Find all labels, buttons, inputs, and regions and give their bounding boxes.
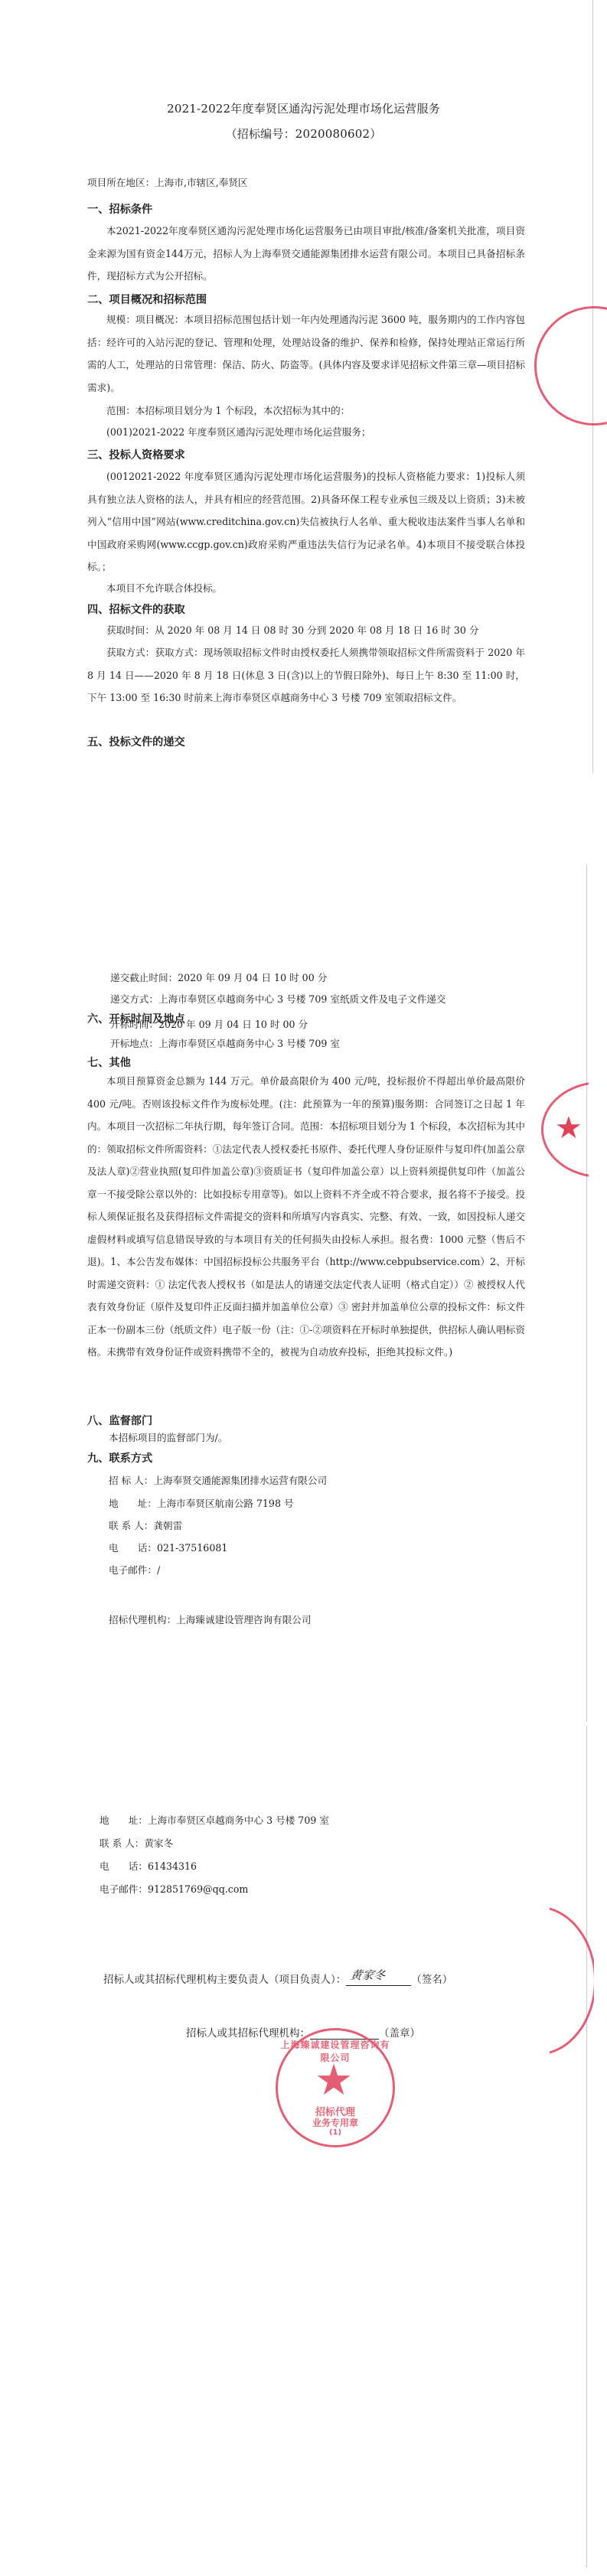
responsible-label: 招标人或其招标代理机构主要负责人（项目负责人）： [103, 1974, 346, 1986]
tender-number: （招标编号：2020080602） [0, 126, 607, 142]
section-4-time: 获取时间：从 2020 年 08 月 14 日 08 时 30 分到 2020 … [87, 619, 525, 642]
section-2-lot: (001)2021-2022 年度奉贤区通沟污泥处理市场化运营服务； [87, 421, 525, 444]
page-edge-line [586, 865, 587, 1722]
tenderer-phone-label: 电 话： [109, 1542, 157, 1554]
agency-address-row: 地 址：上海市奉贤区卓越商务中心 3 号楼 709 室 [100, 1815, 329, 1826]
section-2-scope: 范围：本招标项目划分为 1 个标段，本次招标为其中的： [87, 399, 525, 422]
section-8-body: 本招标项目的监督部门为/。 [109, 1433, 227, 1443]
tenderer-email-label: 电子邮件： [109, 1564, 157, 1576]
tenderer-name-label: 招 标 人： [109, 1475, 153, 1486]
edge-seal-middle: ★ [541, 1081, 589, 1181]
agency-contact-label: 联 系 人： [100, 1837, 144, 1849]
edge-seal-top [534, 306, 607, 436]
section-heading-1: 一、招标条件 [87, 201, 152, 217]
agency-name-row: 招标代理机构：上海臻诚建设管理咨询有限公司 [109, 1615, 311, 1625]
section-5-method: 递交方式：上海市奉贤区卓越商务中心 3 号楼 709 室纸质文件及电子文件递交 [110, 994, 445, 1005]
section-6-time: 开标时间：2020 年 09 月 04 日 10 时 00 分 [110, 1019, 308, 1030]
tenderer-phone: 021-37516081 [157, 1542, 227, 1554]
section-1-body: 本2021-2022年度奉贤区通沟污泥处理市场化运营服务已由项目审批/核准/备案… [87, 220, 525, 288]
agency-address: 上海市奉贤区卓越商务中心 3 号楼 709 室 [148, 1815, 329, 1826]
responsible-signature-row: 招标人或其招标代理机构主要负责人（项目负责人）：黄家冬（签名） [103, 1971, 452, 1986]
seal-line-2: 业务专用章 [278, 2116, 393, 2129]
agency-email-row: 电子邮件：912851769@qq.com [100, 1884, 248, 1895]
section-3-consortium: 本项目不允许联合体投标。 [87, 577, 525, 600]
agency-contact-row: 联 系 人：黄家冬 [100, 1838, 173, 1849]
tenderer-contact: 龚朝雷 [153, 1520, 182, 1531]
handwritten-signature: 黄家冬 [349, 1967, 387, 1983]
tenderer-address-row: 地 址：上海市奉贤区航南公路 7198 号 [109, 1498, 294, 1509]
sign-suffix: （签名） [411, 1974, 452, 1986]
section-heading-3: 三、投标人资格要求 [87, 447, 185, 462]
section-5-deadline: 递交截止时间：2020 年 09 月 04 日 10 时 00 分 [110, 973, 327, 983]
signature-field: 黄家冬 [346, 1974, 411, 1986]
section-7-body: 本项目预算资金总额为 144 万元。单价最高限价为 400 元/吨，投标报价不得… [87, 1070, 525, 1364]
agency-phone-label: 电 话： [100, 1860, 148, 1872]
seal-star-icon: ★ [315, 2059, 353, 2102]
section-heading-2: 二、项目概况和招标范围 [87, 292, 207, 307]
agency-contact: 黄家冬 [144, 1837, 173, 1849]
tenderer-email-row: 电子邮件：/ [109, 1565, 160, 1576]
document-title: 2021-2022年度奉贤区通沟污泥处理市场化运营服务 [0, 100, 607, 116]
agency-phone: 61434316 [148, 1860, 197, 1872]
agency-address-label: 地 址： [100, 1815, 148, 1826]
section-heading-8: 八、监督部门 [87, 1413, 152, 1428]
section-heading-7: 七、其他 [87, 1055, 131, 1070]
section-heading-4: 四、招标文件的获取 [87, 602, 185, 617]
tenderer-address-label: 地 址： [109, 1498, 157, 1509]
seal-company-name: 上海臻诚建设管理咨询有限公司 [278, 2038, 393, 2064]
company-seal: ★ 上海臻诚建设管理咨询有限公司 招标代理 业务专用章 (1) [276, 2028, 395, 2147]
page-edge-line [586, 1726, 587, 2568]
tenderer-contact-label: 联 系 人： [109, 1520, 153, 1531]
document-page: 2021-2022年度奉贤区通沟污泥处理市场化运营服务 （招标编号：202008… [0, 0, 607, 2576]
agency-email-label: 电子邮件： [100, 1883, 148, 1895]
tenderer-phone-row: 电 话：021-37516081 [109, 1543, 227, 1554]
tenderer-name-row: 招 标 人：上海奉贤交通能源集团排水运营有限公司 [109, 1475, 327, 1486]
section-2-scale: 规模：项目概况：本项目招标范围包括计划一年内处理通沟污泥 3600 吨，服务期内… [87, 308, 525, 399]
agency-phone-row: 电 话：61434316 [100, 1861, 197, 1872]
tenderer-email: / [157, 1564, 160, 1576]
seal-line-3: (1) [278, 2128, 393, 2137]
section-4-method: 获取方式：获取方式：现场领取招标文件时由授权委托人须携带领取招标文件所需资料于 … [87, 641, 525, 709]
section-6-place: 开标地点：上海市奉贤区卓越商务中心 3 号楼 709 室 [110, 1039, 340, 1049]
edge-seal-bottom [550, 1906, 594, 2059]
tenderer-name: 上海奉贤交通能源集团排水运营有限公司 [153, 1475, 327, 1486]
agency-email: 912851769@qq.com [148, 1883, 248, 1895]
section-heading-9: 九、联系方式 [87, 1450, 152, 1466]
section-3-body: (0012021-2022 年度奉贤区通沟污泥处理市场化运营服务)的投标人资格能… [87, 465, 525, 579]
tenderer-address: 上海市奉贤区航南公路 7198 号 [157, 1498, 294, 1509]
project-location: 项目所在地区：上海市,市辖区,奉贤区 [87, 178, 248, 188]
agency-name-label: 招标代理机构： [109, 1614, 176, 1625]
section-heading-5: 五、投标文件的递交 [87, 734, 185, 749]
agency-name: 上海臻诚建设管理咨询有限公司 [176, 1614, 311, 1625]
tenderer-contact-row: 联 系 人：龚朝雷 [109, 1521, 182, 1531]
